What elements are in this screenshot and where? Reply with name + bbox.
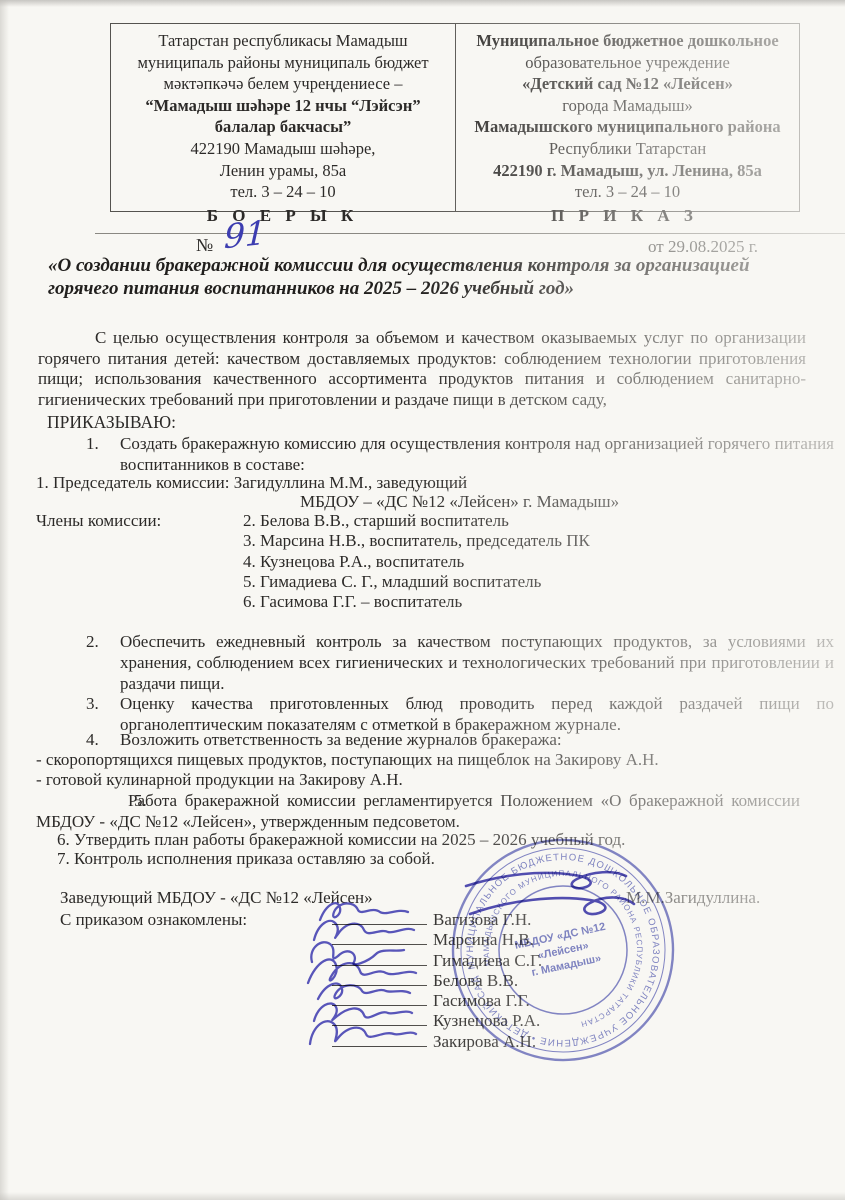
- commission-member: 5. Гимадиева С. Г., младший воспитатель: [243, 572, 590, 592]
- commission-chair-org-line: МБДОУ – «ДС №12 «Лейсен» г. Мамадыш»: [300, 492, 619, 512]
- commission-member: 6. Гасимова Г.Г. – воспитатель: [243, 592, 590, 612]
- org-line: Муниципальное бюджетное дошкольное: [460, 30, 795, 52]
- order-number-handwritten: 91: [224, 216, 267, 254]
- org-line: Ленин урамы, 85а: [115, 160, 451, 182]
- commission-member: 4. Кузнецова Р.А., воспитатель: [243, 552, 590, 572]
- org-header-table: Татарстан республикасы Мамадыш муниципал…: [110, 23, 800, 212]
- org-line: тел. 3 – 24 – 10: [115, 181, 451, 203]
- item-number: 4.: [86, 730, 120, 751]
- order-item-7: 7. Контроль исполнения приказа оставляю …: [57, 849, 435, 869]
- org-header-tatar-cell: Татарстан республикасы Мамадыш муниципал…: [111, 24, 456, 211]
- heading-rule: [95, 233, 845, 234]
- resolve-word: ПРИКАЗЫВАЮ:: [47, 412, 176, 432]
- commission-members-label: Члены комиссии:: [36, 511, 161, 531]
- order-number-label: №: [196, 235, 213, 255]
- org-line: балалар бакчасы”: [115, 116, 451, 138]
- order-item-5: 5.Работа бракеражной комиссии регламенти…: [36, 791, 800, 832]
- org-line: Мамадышского муниципального района: [460, 116, 795, 138]
- order-word-russian: П Р И К А З: [452, 206, 797, 226]
- commission-member: 3. Марсина Н.В., воспитатель, председате…: [243, 531, 590, 551]
- item-text: Возложить ответственность за ведение жур…: [120, 730, 562, 749]
- org-line: города Мамадыш»: [460, 95, 795, 117]
- commission-member: 2. Белова В.В., старший воспитатель: [243, 511, 590, 531]
- org-line: Татарстан республикасы Мамадыш: [115, 30, 451, 52]
- org-line: тел. 3 – 24 – 10: [460, 181, 795, 203]
- pen-signature-squiggle: [304, 1014, 419, 1056]
- item-text: Создать бракеражную комиссию для осущест…: [120, 434, 834, 474]
- org-line: муниципаль районы муниципаль бюджет: [115, 52, 451, 74]
- org-line: Республики Татарстан: [460, 138, 795, 160]
- org-line: “Мамадыш шәһәре 12 нчы “Лэйсэн”: [115, 95, 451, 117]
- item-text: Работа бракеражной комиссии регламентиру…: [36, 791, 800, 831]
- intro-paragraph: С целью осуществления контроля за объемо…: [38, 328, 806, 410]
- scan-edge-bottom: [0, 1192, 845, 1200]
- scan-edge-top: [0, 0, 845, 7]
- acknowledged-label: С приказом ознакомлены:: [60, 910, 247, 930]
- item-text: Обеспечить ежедневный контроль за качест…: [120, 632, 834, 693]
- order-item-4: 4.Возложить ответственность за ведение ж…: [86, 730, 834, 751]
- commission-members-list: 2. Белова В.В., старший воспитатель 3. М…: [243, 511, 590, 612]
- scanned-order-document: Татарстан республикасы Мамадыш муниципал…: [0, 0, 845, 1200]
- order-title: «О создании бракеражной комиссии для осу…: [48, 254, 792, 300]
- org-line: мәктәпкәчә белем учреңдениесе –: [115, 73, 451, 95]
- item-number: 5.: [85, 791, 128, 812]
- org-header-russian-cell: Муниципальное бюджетное дошкольное образ…: [456, 24, 799, 211]
- org-line: «Детский сад №12 «Лейсен»: [460, 73, 795, 95]
- item-number: 2.: [86, 632, 120, 653]
- journal-line-perishable: - скоропортящихся пищевых продуктов, пос…: [36, 750, 659, 770]
- scan-edge-left: [0, 0, 9, 1200]
- org-line: образовательное учреждение: [460, 52, 795, 74]
- order-item-2: 2.Обеспечить ежедневный контроль за каче…: [86, 632, 834, 694]
- order-word-tatar: Б О Е Р Ы К: [110, 206, 455, 226]
- org-line: 422190 Мамадыш шәһәре,: [115, 138, 451, 160]
- item-number: 3.: [86, 694, 120, 715]
- commission-chair-line: 1. Председатель комиссии: Загидуллина М.…: [36, 473, 467, 493]
- round-stamp: МУНИЦИПАЛЬНОЕ БЮДЖЕТНОЕ ДОШКОЛЬНОЕ ОБРАЗ…: [427, 814, 700, 1087]
- journal-line-cooked: - готовой кулинарной продукции на Закиро…: [36, 770, 403, 790]
- org-line: 422190 г. Мамадыш, ул. Ленина, 85а: [460, 160, 795, 182]
- item-number: 1.: [86, 434, 120, 455]
- director-signature: [462, 862, 642, 940]
- item-text: Оценку качества приготовленных блюд пров…: [120, 694, 834, 734]
- order-item-1: 1.Создать бракеражную комиссию для осуще…: [86, 434, 834, 476]
